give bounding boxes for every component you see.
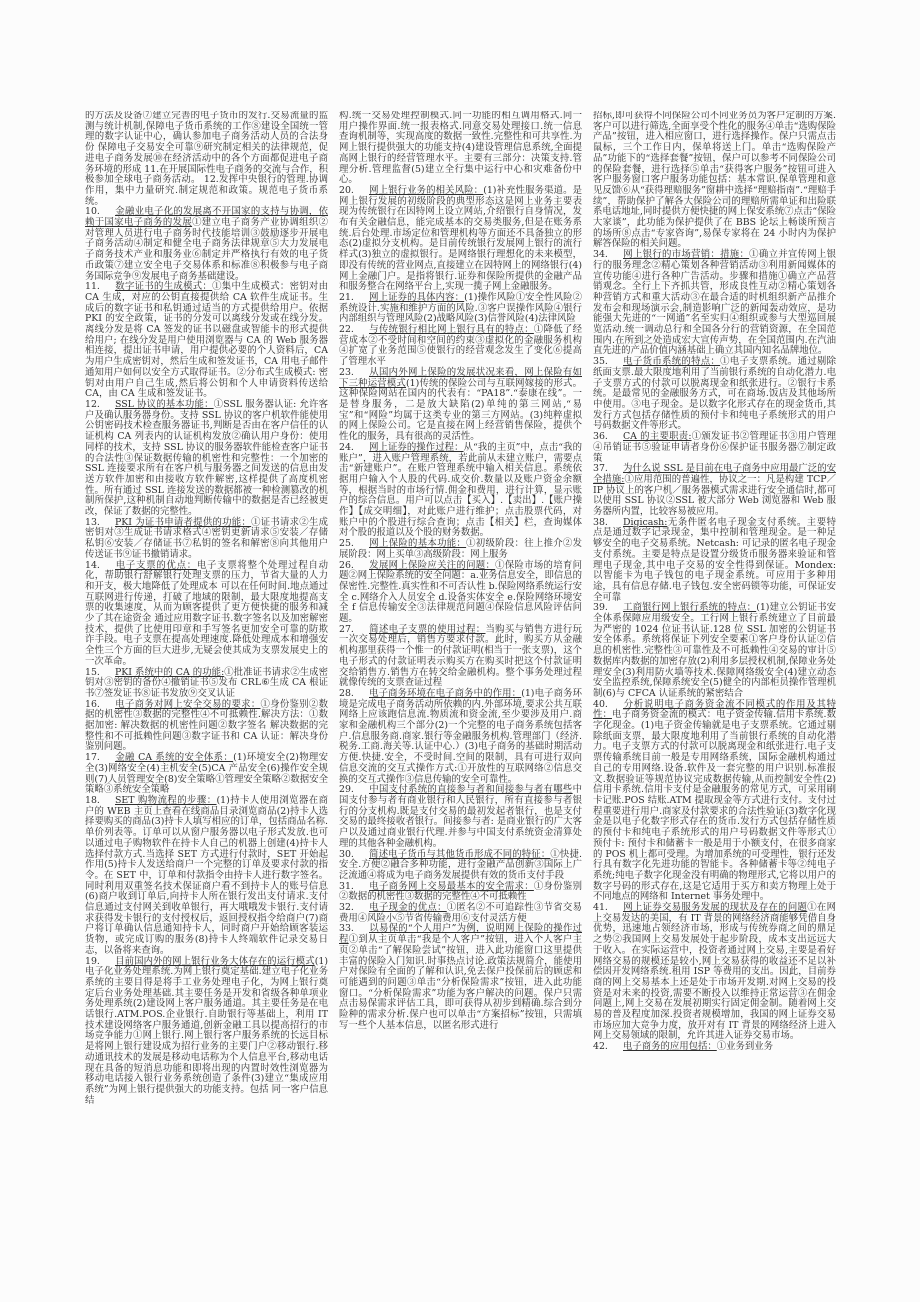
note-item: 10.金融业电子化的发展离不开国家的支持与协调，依赖于国家电子商务的发展①建立电… [85,207,328,282]
item-heading: 网上银行的市场营销：措施： [623,249,749,260]
note-item: 24.网上证券的操作过程：从“我的主页”中，点击“我的账户”，进入账户管理系统，… [339,443,582,539]
item-heading: 工商银行网上银行系统的特点： [623,602,756,613]
item-heading: 简述电子货币与其他货币形成不同的特征： [369,849,550,860]
note-item: 18.SET 购物流程的步骤：(1)持卡人使用浏览器在商户的 WEB 主页上查看… [85,796,328,957]
item-number: 42. [593,1042,623,1053]
item-heading: CA 的主要职责: [623,431,692,442]
note-item: 13.PKI 为证书申请者提供的功能：①证书请求②生成密钥对③生成证书请求格式④… [85,518,328,561]
item-heading: 发展网上保险应关注的问题： [369,560,495,571]
item-body: ①集中生成模式：密钥对由 CA 生成，对应的公钥直接提供给 CA 软件生成证书。… [85,281,328,399]
item-heading: 电子支票的优点： [115,560,197,571]
note-item: 17.金融 CA 系统的安全体系：(1)环境安全(2)物理安全(3)网络安全(4… [85,753,328,796]
item-body: 从“我的主页”中，点击“我的账户”，进入账户管理系统，若此前从未建立账户，需要点… [339,442,582,539]
note-item: 23.从国内外网上保险的发展状况来看，网上保险有如下三种运营模式(1)传统的保险… [339,368,582,443]
note-item: 12.SSL 协议的基本功能：①SSL 服务器认证: 允许客户及确认服务器身份。… [85,400,328,518]
item-heading: 电子商务的应用包括： [623,1041,717,1052]
note-item: 36.CA 的主要职责:①颁发证书②管理证书③用户管理④吊销证书⑤验证申请者身份… [593,432,836,464]
note-item: 32.电子现金的优点：①匿名②不可追踪性③节省交易费用④风险小⑤节省传输费用⑥支… [339,903,582,924]
item-body: (1)建立公钥证书安全体系保障应用级安全。工行网上银行系统建立了目前最为严密的 … [593,602,836,699]
item-heading: 网上证券交易服务发展的现状及存在的问题 [623,902,807,913]
item-body: ①确立并宣传网上银行的服务理念②精心策划各种营销活动③利用新闻媒体的宣传功能④进… [593,249,836,356]
note-item: 37.为什么说 SSL 是目前在电子商务中应用最广泛的安全措施:①应用范围的普遍… [593,464,836,518]
item-body: ①应用范围的普遍性，协议之一：凡是构建 TCP／IP 协议上的客户机／服务器模式… [593,474,836,517]
item-body: ①保险市场的培育问题②网上保险系统的安全问题：a.业务信息安全，即信息的保密性.… [339,560,582,625]
note-item: 22.与传统银行相比网上银行具有的特点：①降低了经营成本②不受时间和空间的约束③… [339,325,582,368]
note-item: 14.电子支票的优点：电子支票将整个处理过程自动化，帮助银行舒解银行处理支票的压… [85,561,328,668]
note-item: 30.简述电子货币与其他货币形成不同的特征：①快捷.安全.方便②融合多种功能，进… [339,850,582,882]
item-body: 电子支票将整个处理过程自动化，帮助银行舒解银行处理支票的压力，节省大量的人力和开… [85,560,328,667]
item-heading: 网上证券的操作过程： [369,442,464,453]
note-item: 招标,即可获得不同保险公司不同业务员为客户定制的方案.客户可以进行筛选,全面享受… [593,111,836,250]
column-left: 的方法及设备⑦建立完善的电子货币的发行.交易流量的监测与统计机制,保障电子货币系… [85,111,328,1196]
item-heading: 中国支付系统的直接参与者和间接参与者有哪些 [369,784,573,795]
item-heading: SSL 协议的基本功能： [115,399,214,410]
column-middle: 构.统一交易处理控制模式.同一功能的相互调用格式.同一用户操作界面.统一报表格式… [339,111,582,1196]
note-item: 35.电子货币系统的特点：①电子支票系统。通过剔除纸面支票.最大限度地利用了当前… [593,357,836,432]
item-body: ①业务到业务 [717,1041,773,1052]
note-item: 19.目前国内外的网上银行业务大体存在的运行模式(1)电子化业务处理系统.为网上… [85,957,328,1107]
note-item: 21.网上证券的具体内容：(1)操作风险①安全性风险②系统设计.实施和维护方面的… [339,293,582,325]
item-body: 无条件匿名电子现金支付系统。主要特点是通过数字记录现金，集中控制和管理现金。是一… [593,517,836,603]
note-item: 26.发展网上保险应关注的问题：①保险市场的培育问题②网上保险系统的安全问题：a… [339,561,582,625]
note-item: 33.以易保的“个人用户”为例，说明网上保险的操作过程①到从主页单击“我是个人客… [339,924,582,1031]
column-right: 招标,即可获得不同保险公司不同业务员为客户定制的方案.客户可以进行筛选,全面享受… [593,111,836,1196]
item-heading: 网上证券的具体内容： [369,292,464,303]
note-item: 的方法及设备⑦建立完善的电子货币的发行.交易流量的监测与统计机制,保障电子货币系… [85,111,328,207]
item-heading: 电子货币系统的特点： [623,356,720,367]
item-heading: 数字证书的生成模式： [115,281,212,292]
item-body: (1)电子商务环境是完成电子商务活动所依赖的内.外部环境,要求公共互联网络上应该… [339,688,582,785]
note-item: 27.简述电子支票的使用过程：当购买与销售方进行玩一次交易处理后，销售方要求付款… [339,625,582,689]
item-body: ①SSL 服务器认证: 允许客户及确认服务器身份。支持 SSL 协议的客户机软件… [85,399,328,517]
note-item: 16.电子商务对网上安全交易的要求：①身份鉴别②数据的机密性③数据的完整性④不可… [85,700,328,754]
note-item: 40.分析说明电子商务资金流不同模式的作用及其特性：电子商务资金流的模式：电子资… [593,700,836,903]
item-body: (1)补充性服务渠道。是网上银行发展的初级阶段的典型形态这是网上业务主要表现为传… [339,185,582,292]
note-item: 42.电子商务的应用包括：①业务到业务 [593,1042,836,1053]
item-heading: 网上保险的基本功能： [369,538,466,549]
note-item: 31.电子商务网上交易最基本的安全需求：①身份鉴别②数据的机密性③数据的完整性④… [339,882,582,903]
text-columns: 的方法及设备⑦建立完善的电子货币的发行.交易流量的监测与统计机制,保障电子货币系… [85,111,837,1196]
item-body: ①到从主页单击“我是个人客户”按钮，进入个人客户主页②单击“了解保险尝试”按钮，… [339,934,582,1031]
item-heading: 电子现金的优点： [369,902,447,913]
note-item: 38.Digicash:无条件匿名电子现金支付系统。主要特点是通过数字记录现金，… [593,518,836,604]
note-item: 15.PKI 系统中的 CA 的功能:①批准证书请求②生成密钥对③密钥的备份④撤… [85,668,328,700]
item-body: ①电子支票系统。通过剔除纸面支票.最大限度地利用了当前银行系统的自动化潜力.电子… [593,356,836,431]
note-item: 29.中国支付系统的直接参与者和间接参与者有哪些中国支付参与者有商业银行和人民银… [339,785,582,849]
note-item: 41.网上证券交易服务发展的现状及存在的问题①在网上交易发达的美国，有 IT 背… [593,903,836,1042]
item-body: 的方法及设备⑦建立完善的电子货币的发行.交易流量的监测与统计机制,保障电子货币系… [85,111,328,207]
item-heading: 网上银行业务的相关风险： [369,185,483,196]
item-body: 构.统一交易处理控制模式.同一功能的相互调用格式.同一用户操作界面.统一报表格式… [339,111,582,185]
note-item: 25.网上保险的基本功能：①初级阶段：往上推介②发展阶段：网上买单③高级阶段：网… [339,539,582,560]
item-body: (1)电子化业务处理系统.为网上银行奠定基础.建立电子化业务系统的主要目得是将手… [85,956,328,1106]
item-heading: 金融 CA 系统的安全体系： [115,752,233,763]
item-body: (1)传统的保险公司与互联网嫁接的形式。这种保险网站在国内的代表有：“PA18”… [339,378,582,443]
item-body: ①在网上交易发达的美国，有 IT 背景的网络经济商能够凭借自身优势，迅速地占领经… [593,902,836,1041]
note-item: 11.数字证书的生成模式：①集中生成模式：密钥对由 CA 生成，对应的公钥直接提… [85,282,328,400]
item-body: 当购买与销售方进行玩一次交易处理后，销售方要求付款。此时，购买方从金融机构那里获… [339,624,582,689]
note-item: 构.统一交易处理控制模式.同一功能的相互调用格式.同一用户操作界面.统一报表格式… [339,111,582,186]
item-heading: PKI 系统中的 CA 的功能: [115,667,224,678]
item-heading: 目前国内外的网上银行业务大体存在的运行模式 [115,956,315,967]
item-body: 电子商务资金流的模式：电子资金传输.信用卡系统.数字化现金。(1)电子资金传输就… [593,709,836,902]
item-heading: SET 购物流程的步骤： [115,795,217,806]
note-item: 28.电子商务环境在电子商务中的作用：(1)电子商务环境是完成电子商务活动所依赖… [339,689,582,785]
document-page: 的方法及设备⑦建立完善的电子货币的发行.交易流量的监测与统计机制,保障电子货币系… [0,0,920,1302]
note-item: 34.网上银行的市场营销：措施：①确立并宣传网上银行的服务理念②精心策划各种营销… [593,250,836,357]
note-item: 20.网上银行业务的相关风险：(1)补充性服务渠道。是网上银行发展的初级阶段的典… [339,186,582,293]
item-heading: 与传统银行相比网上银行具有的特点： [369,324,534,335]
item-heading: 电子商务网上交易最基本的安全需求： [369,881,534,892]
item-heading: 电子商务环境在电子商务中的作用： [369,688,521,699]
item-body: 招标,即可获得不同保险公司不同业务员为客户定制的方案.客户可以进行筛选,全面享受… [593,111,836,249]
note-item: 39.工商银行网上银行系统的特点：(1)建立公钥证书安全体系保障应用级安全。工行… [593,603,836,699]
item-body: (1)持卡人使用浏览器在商户的 WEB 主页上查看在线商品目录浏览商品(2)持卡… [85,795,328,956]
